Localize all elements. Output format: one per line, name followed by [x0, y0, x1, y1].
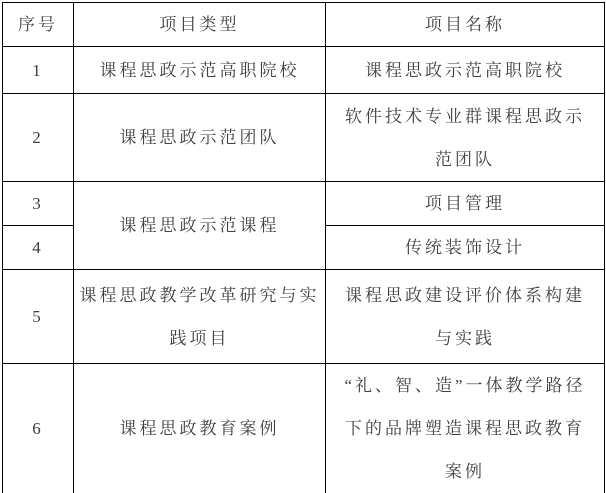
cell-row4-name: 传统装饰设计 [326, 226, 605, 270]
cell-row3-4-type-merged: 课程思政示范课程 [74, 182, 326, 270]
header-cell-name: 项目名称 [326, 3, 605, 47]
table-header-row: 序号 项目类型 项目名称 [3, 3, 605, 47]
table-row: 3 课程思政示范课程 项目管理 [3, 182, 605, 226]
cell-row4-no: 4 [3, 226, 74, 270]
projects-table: 序号 项目类型 项目名称 1 课程思政示范高职院校 课程思政示范高职院校 2 课… [2, 2, 605, 493]
cell-row2-no: 2 [3, 94, 74, 182]
cell-row3-name: 项目管理 [326, 182, 605, 226]
header-cell-type: 项目类型 [74, 3, 326, 47]
cell-row1-no: 1 [3, 47, 74, 94]
cell-row5-name: 课程思政建设评价体系构建与实践 [326, 270, 605, 364]
cell-row5-no: 5 [3, 270, 74, 364]
cell-row2-name: 软件技术专业群课程思政示范团队 [326, 94, 605, 182]
cell-row3-no: 3 [3, 182, 74, 226]
header-cell-no: 序号 [3, 3, 74, 47]
table-row: 1 课程思政示范高职院校 课程思政示范高职院校 [3, 47, 605, 94]
cell-row6-no: 6 [3, 364, 74, 493]
cell-row5-type: 课程思政教学改革研究与实践项目 [74, 270, 326, 364]
cell-row6-name: “礼、智、造”一体教学路径下的品牌塑造课程思政教育案例 [326, 364, 605, 493]
cell-row1-type: 课程思政示范高职院校 [74, 47, 326, 94]
cell-row2-type: 课程思政示范团队 [74, 94, 326, 182]
cell-row6-type: 课程思政教育案例 [74, 364, 326, 493]
table-row: 6 课程思政教育案例 “礼、智、造”一体教学路径下的品牌塑造课程思政教育案例 [3, 364, 605, 493]
cell-row1-name: 课程思政示范高职院校 [326, 47, 605, 94]
table-row: 5 课程思政教学改革研究与实践项目 课程思政建设评价体系构建与实践 [3, 270, 605, 364]
table-row: 2 课程思政示范团队 软件技术专业群课程思政示范团队 [3, 94, 605, 182]
